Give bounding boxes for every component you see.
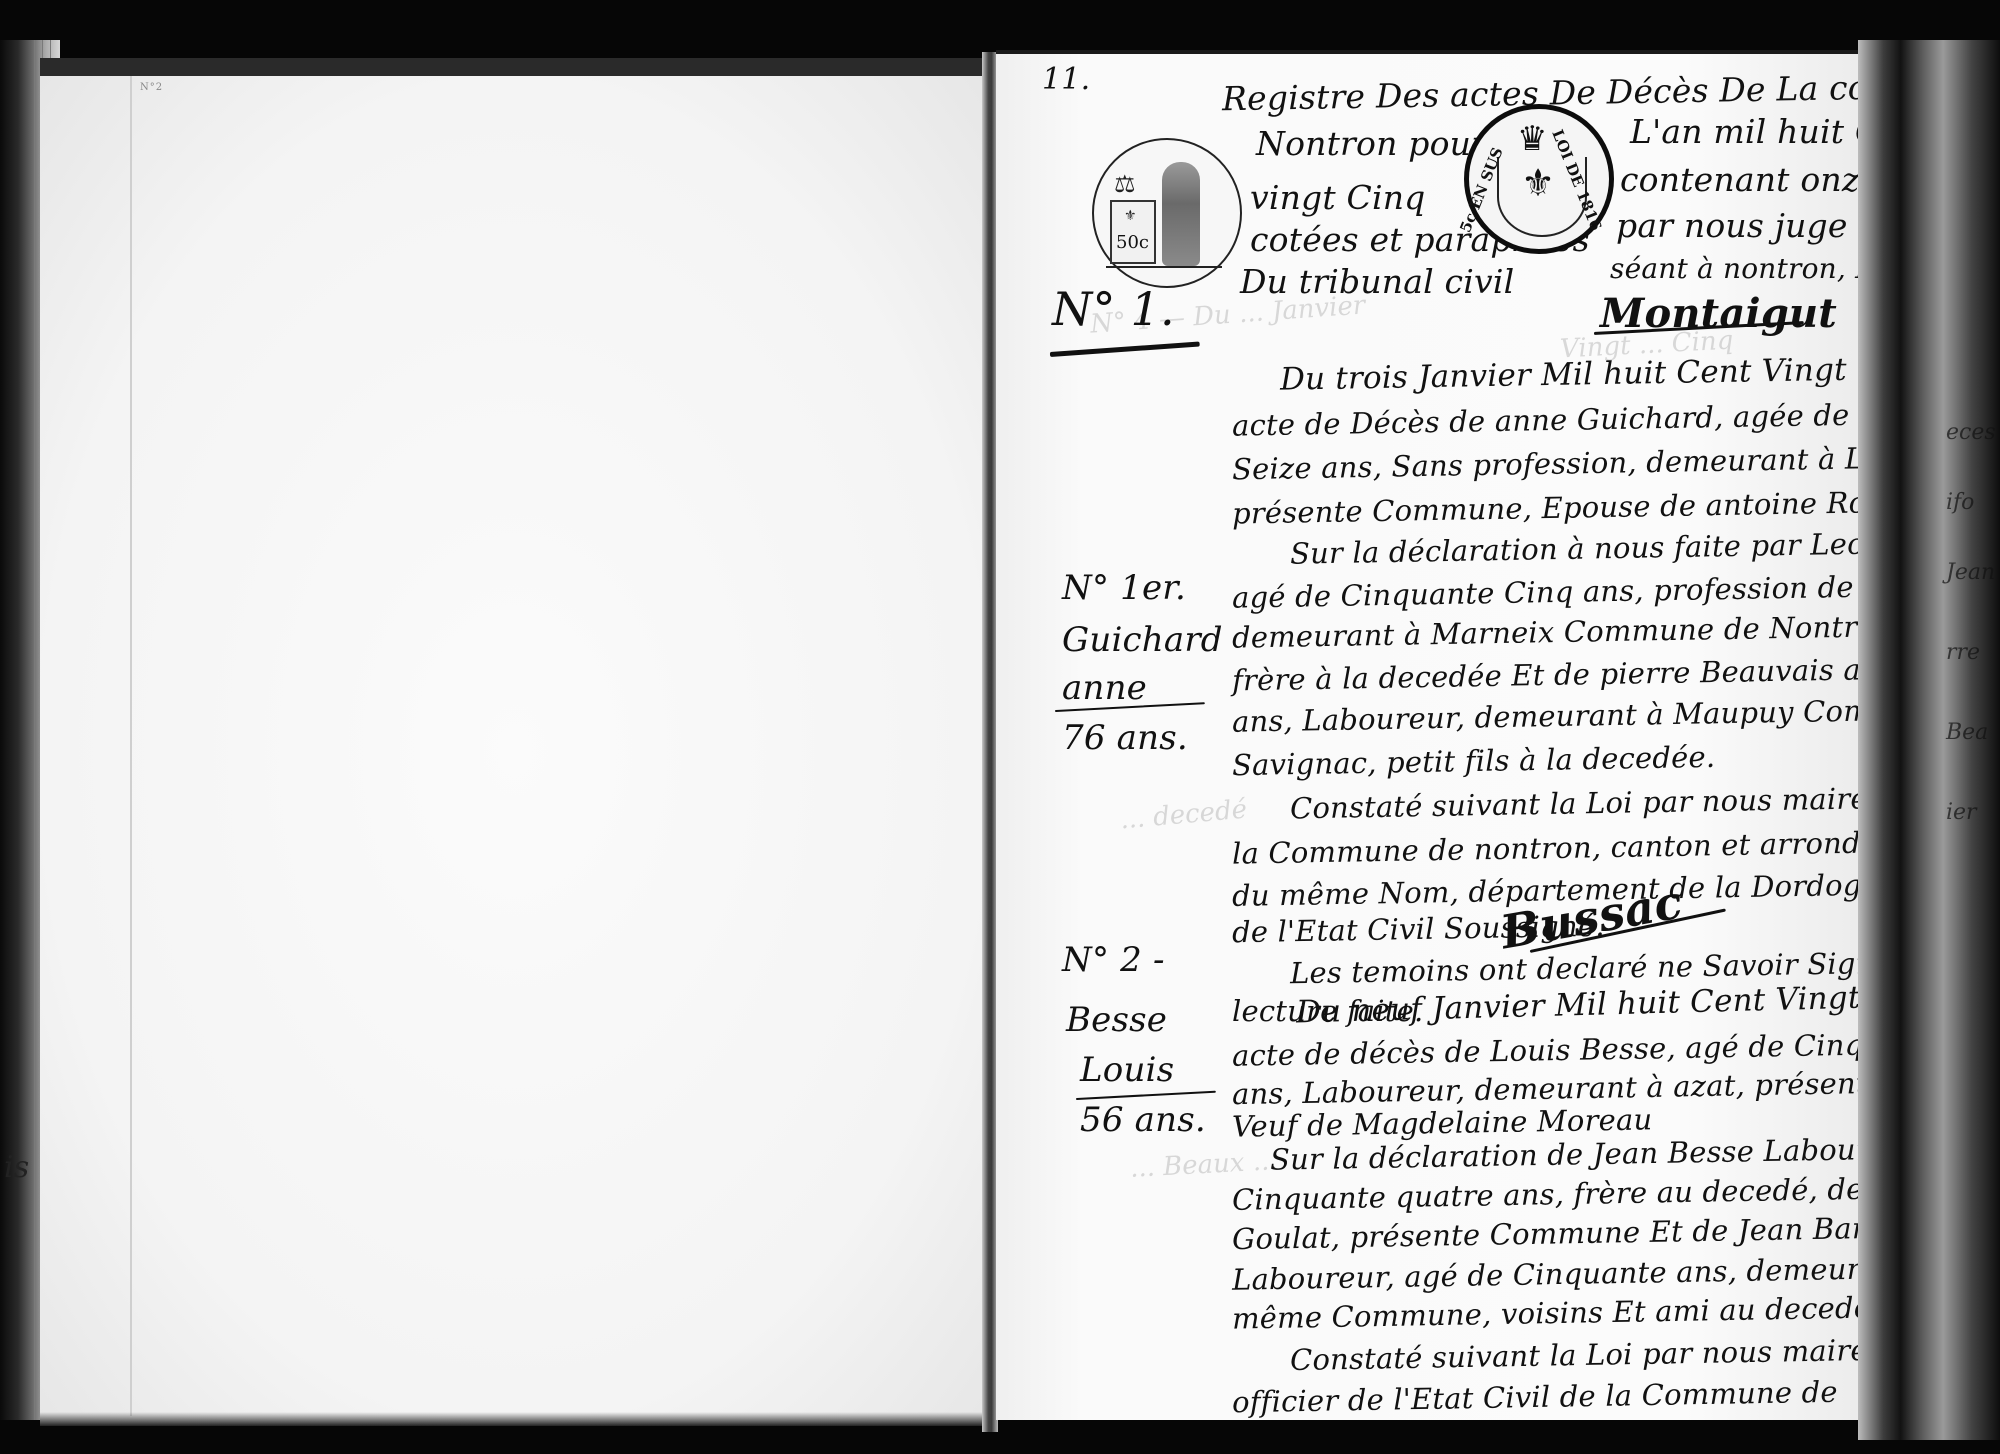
left-page-corner-label: N°2 bbox=[140, 82, 163, 93]
edge-bleed-text: Bea bbox=[1946, 720, 1988, 745]
entry2-margin-number: N° 2 - bbox=[1062, 940, 1165, 980]
fleur-de-lis-icon: ⚜ bbox=[1124, 208, 1137, 224]
edge-bleed-text: rre bbox=[1946, 640, 1980, 665]
header-line-juge: par nous juge bbox=[1616, 206, 1848, 245]
entry2-margin-age: 56 ans. bbox=[1080, 1100, 1206, 1140]
edge-bleed-text: Jean bbox=[1946, 560, 1995, 585]
left-edge-bleed-text: is bbox=[4, 1150, 29, 1185]
folio-number: 11. bbox=[1042, 62, 1090, 97]
entry1-margin-surname: Guichard bbox=[1062, 620, 1223, 660]
royal-tax-stamp: ♛ ⚜ 5c EN SUS LOI DE 1816 bbox=[1464, 104, 1614, 254]
header-line-commune: Nontron pour bbox=[1256, 124, 1487, 163]
edge-bleed-text: ier bbox=[1946, 800, 1977, 825]
justice-tax-stamp: ⚖ ⚜ 50c bbox=[1092, 138, 1242, 288]
justice-figure-icon bbox=[1162, 162, 1200, 266]
entry1-margin-age: 76 ans. bbox=[1062, 718, 1188, 758]
crown-icon: ♛ bbox=[1517, 119, 1547, 159]
left-page-blank: N°2 bbox=[40, 58, 990, 1426]
edge-bleed-text: ifo bbox=[1946, 490, 1974, 515]
page-bottom-shadow bbox=[40, 1412, 990, 1426]
stamp-ground-line bbox=[1106, 266, 1222, 268]
entry2-margin-surname: Besse bbox=[1066, 1000, 1167, 1040]
right-binding-edge: eces ifo Jean rre Bea ier bbox=[1858, 40, 2000, 1440]
entry1-margin-firstname: anne bbox=[1062, 668, 1147, 708]
stamp-price: 50c bbox=[1116, 232, 1149, 253]
page-stack-line bbox=[34, 40, 35, 1420]
header-line-year-cont: vingt Cinq bbox=[1250, 178, 1426, 217]
scales-icon: ⚖ bbox=[1114, 170, 1136, 198]
scanned-register-spread: N°2 N° 4 — Du ... Janvier Vingt ... Cinq… bbox=[0, 0, 2000, 1454]
entry1-margin-number: N° 1er. bbox=[1062, 568, 1186, 608]
margin-rule bbox=[130, 76, 132, 1416]
header-line-tribunal: Du tribunal civil bbox=[1240, 262, 1514, 301]
fleur-de-lis-icon: ⚜ bbox=[1521, 161, 1555, 205]
edge-bleed-text: eces bbox=[1946, 420, 1996, 445]
entry2-margin-firstname: Louis bbox=[1080, 1050, 1174, 1090]
register-number: N° 1. bbox=[1052, 282, 1175, 336]
